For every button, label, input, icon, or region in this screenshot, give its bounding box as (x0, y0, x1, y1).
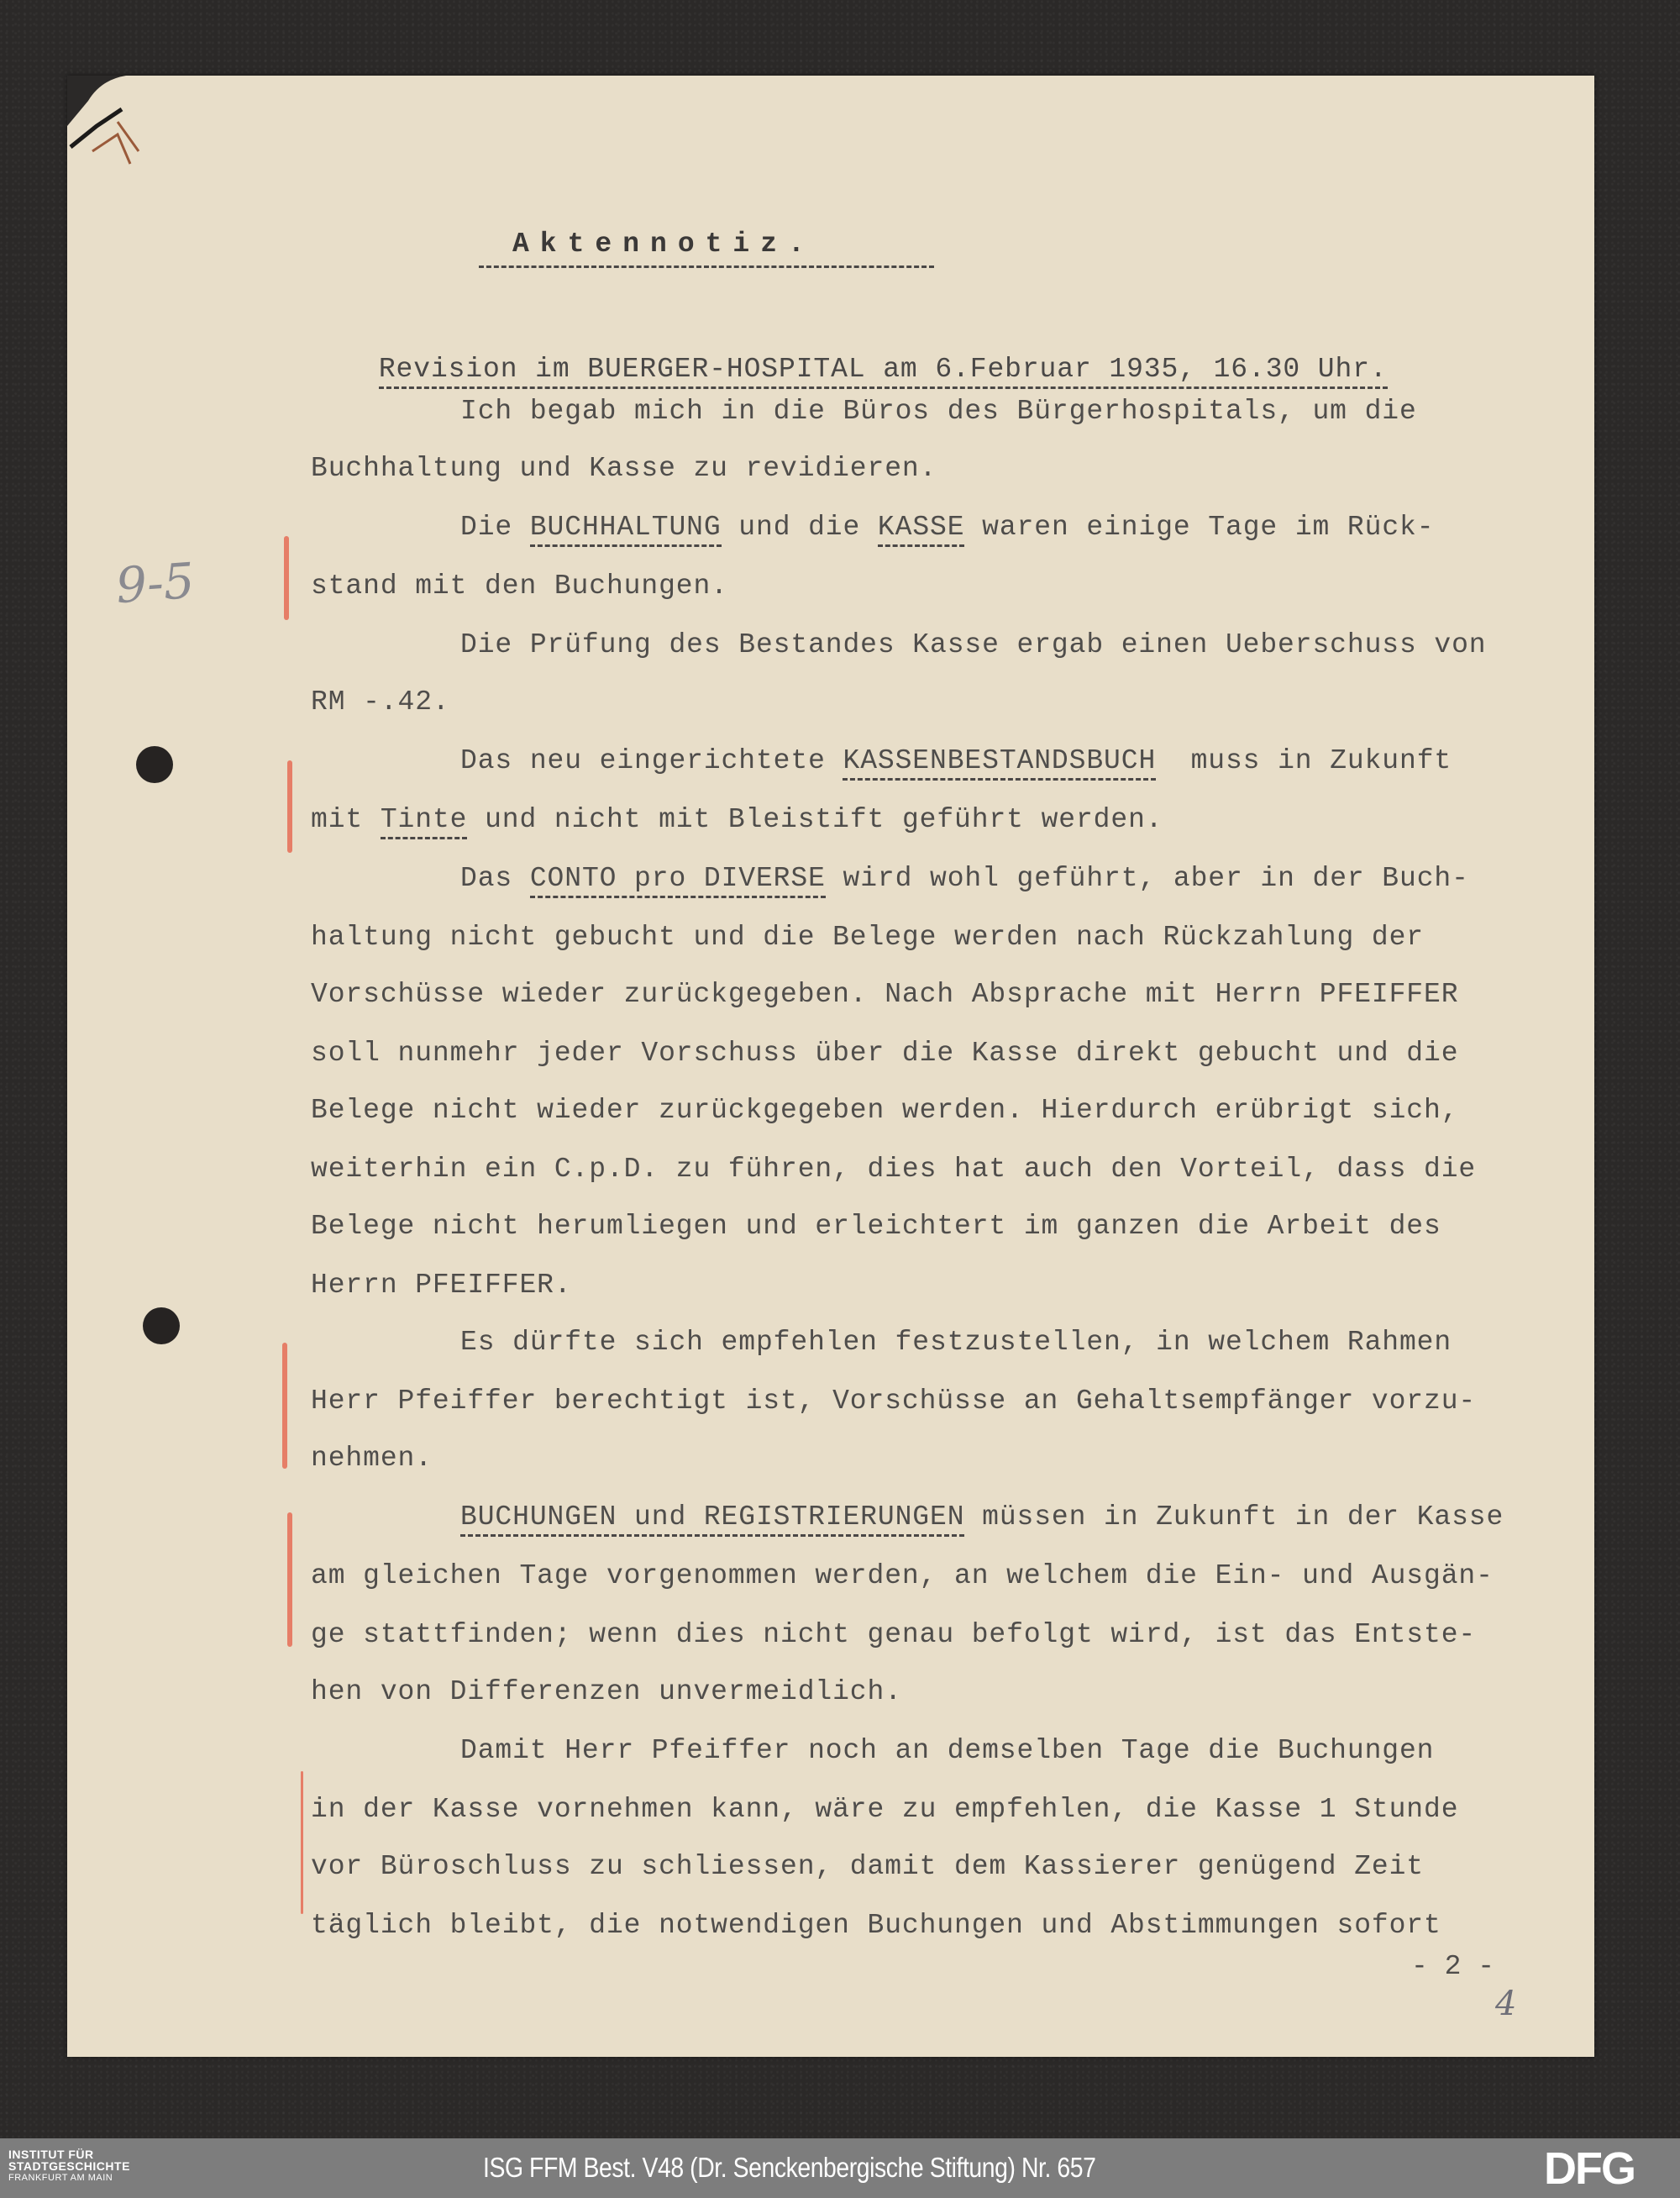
text-line: Die Prüfung des Bestandes Kasse ergab ei… (460, 628, 1487, 662)
text-line: RM -.42. (311, 686, 450, 719)
handwritten-margin-note: 9-5 (114, 552, 197, 614)
text-line: Herr Pfeiffer berechtigt ist, Vorschüsse… (311, 1385, 1476, 1418)
red-margin-mark-5 (301, 1771, 303, 1914)
text-line: Belege nicht herumliegen und erleichtert… (311, 1210, 1441, 1244)
text-line: haltung nicht gebucht und die Belege wer… (311, 921, 1424, 954)
archive-caption: ISG FFM Best. V48 (Dr. Senckenbergische … (483, 2152, 1095, 2184)
text-line: Buchhaltung und Kasse zu revidieren. (311, 452, 937, 486)
text-line: vor Büroschluss zu schliessen, damit dem… (311, 1850, 1424, 1884)
punch-hole-top (136, 746, 173, 783)
red-margin-mark-3 (282, 1343, 287, 1469)
underlined-term: BUCHHALTUNG (530, 512, 722, 547)
text-line: Das neu eingerichtete KASSENBESTANDSBUCH… (460, 744, 1452, 778)
punch-hole-bottom (143, 1307, 180, 1344)
red-margin-mark-1 (284, 536, 289, 620)
text-line: täglich bleibt, die notwendigen Buchunge… (311, 1909, 1441, 1943)
text-line: in der Kasse vornehmen kann, wäre zu emp… (311, 1793, 1458, 1827)
text-line: Damit Herr Pfeiffer noch an demselben Ta… (460, 1734, 1434, 1768)
text-line: Vorschüsse wieder zurückgegeben. Nach Ab… (311, 978, 1458, 1012)
text-line: weiterhin ein C.p.D. zu führen, dies hat… (311, 1153, 1476, 1186)
handwritten-folio: 4 (1495, 1985, 1516, 2023)
text-line: mit Tinte und nicht mit Bleistift geführ… (311, 803, 1163, 837)
torn-corner-icon (67, 76, 160, 176)
text-line: Das CONTO pro DIVERSE wird wohl geführt,… (460, 862, 1469, 896)
text-line: soll nunmehr jeder Vorschuss über die Ka… (311, 1037, 1458, 1070)
red-margin-mark-4 (287, 1512, 292, 1647)
text-line: ge stattfinden; wenn dies nicht genau be… (311, 1618, 1476, 1652)
text-line: nehmen. (311, 1442, 433, 1475)
text-line: hen von Differenzen unvermeidlich. (311, 1675, 902, 1709)
underlined-term: KASSE (878, 512, 965, 547)
text-line: Es dürfte sich empfehlen festzustellen, … (460, 1326, 1452, 1359)
text-line: Die BUCHHALTUNG und die KASSE waren eini… (460, 511, 1434, 544)
title-rule (479, 266, 934, 268)
underlined-term: BUCHUNGEN und REGISTRIERUNGEN (460, 1501, 964, 1537)
underlined-term: CONTO pro DIVERSE (530, 863, 826, 898)
archive-footer: INSTITUT FÜR STADTGESCHICHTE FRANKFURT A… (0, 2138, 1680, 2198)
underlined-term: Tinte (381, 804, 468, 839)
institution-logo: INSTITUT FÜR STADTGESCHICHTE FRANKFURT A… (8, 2148, 130, 2184)
text-line: am gleichen Tage vorgenommen werden, an … (311, 1559, 1494, 1593)
text-line: BUCHUNGEN und REGISTRIERUNGEN müssen in … (460, 1501, 1504, 1534)
underlined-term: KASSENBESTANDSBUCH (843, 745, 1156, 781)
document-title: Aktennotiz. (512, 229, 816, 260)
text-line: Herrn PFEIFFER. (311, 1269, 572, 1302)
text-line: Ich begab mich in die Büros des Bürgerho… (460, 395, 1417, 429)
text-line: stand mit den Buchungen. (311, 570, 728, 603)
page-marker: - 2 - (1411, 1951, 1494, 1982)
text-line: Belege nicht wieder zurückgegeben werden… (311, 1094, 1458, 1128)
dfg-logo: DFG (1544, 2146, 1635, 2191)
red-margin-mark-2 (287, 760, 292, 853)
document-sheet: 9-5 Aktennotiz. Revision im BUERGER-HOSP… (67, 76, 1594, 2057)
